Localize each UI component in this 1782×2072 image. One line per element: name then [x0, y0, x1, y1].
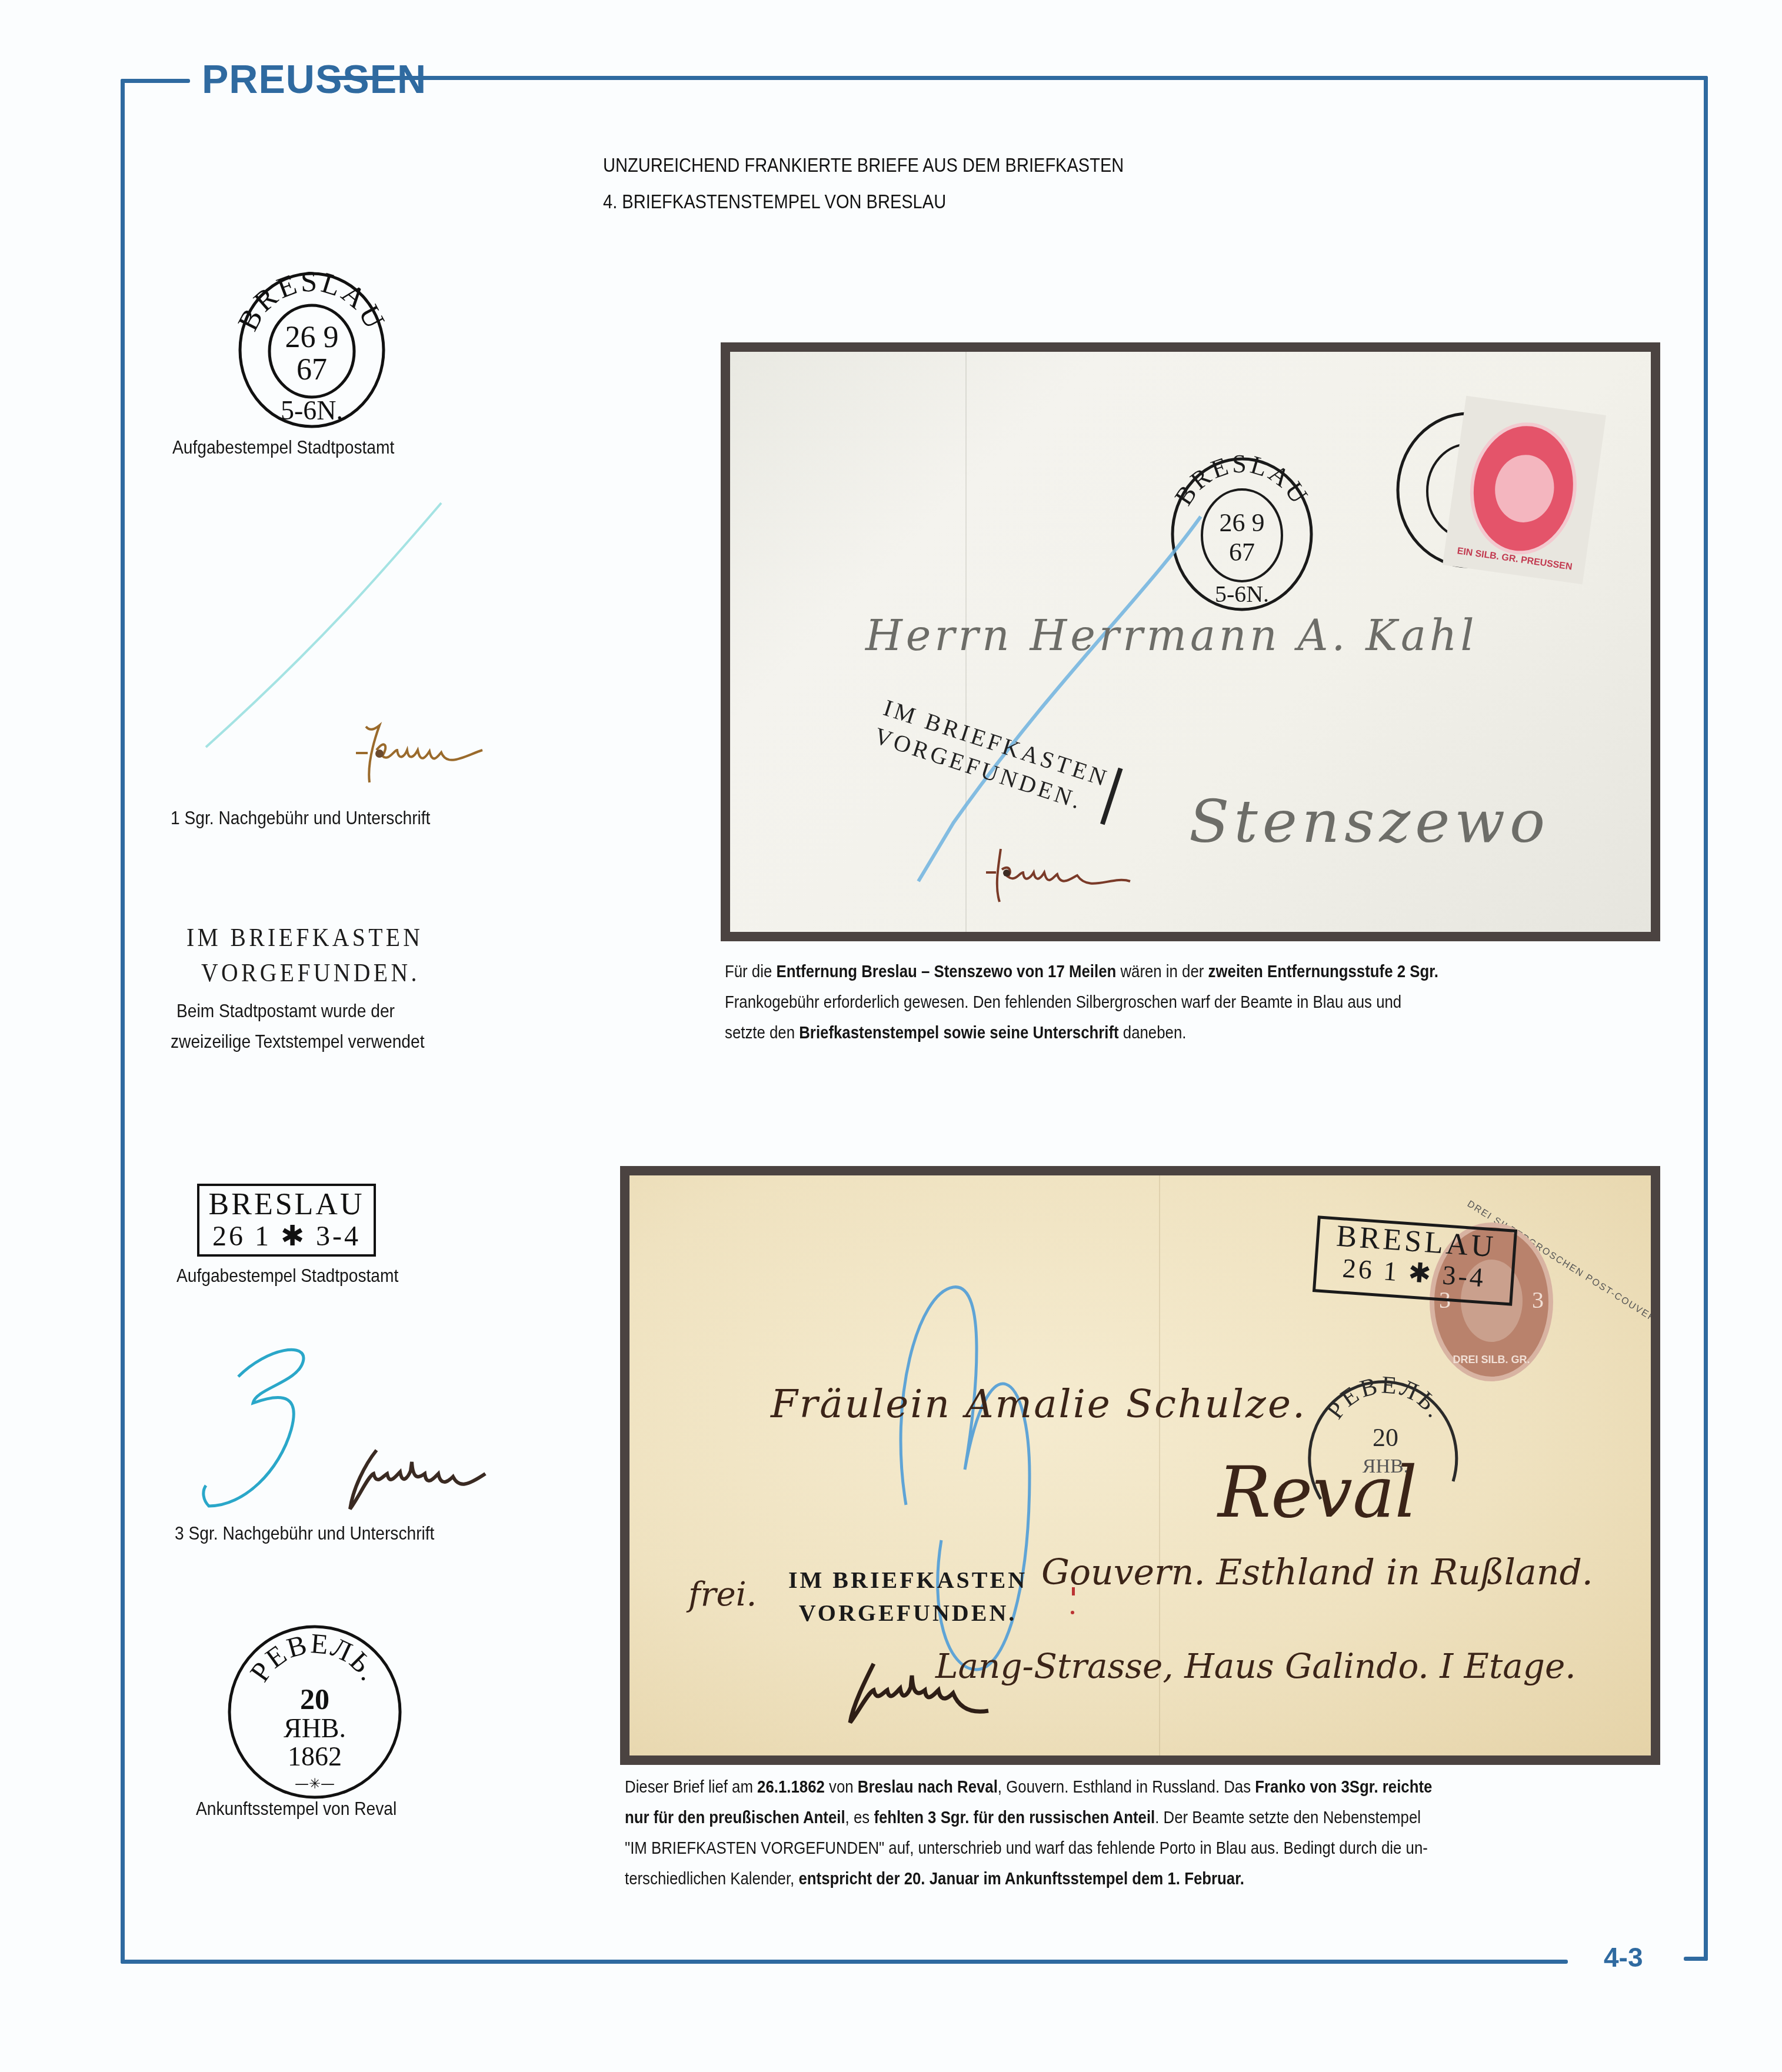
- nachgebuehr-3-label: 3 Sgr. Nachgebühr und Unterschrift: [175, 1523, 434, 1544]
- cover-2-blue-numeral-icon: [853, 1281, 1041, 1693]
- cover-2-breslau-box-stamp: BRESLAU 26 1 ✱ 3-4: [1313, 1215, 1517, 1305]
- briefkasten-desc-line1: Beim Stadtpostamt wurde der: [176, 1000, 395, 1022]
- frame-top-left: [121, 79, 190, 83]
- cover-2-address-line4: Lang-Strasse, Haus Galindo. I Etage.: [935, 1646, 1576, 1686]
- breslau-box-stamp-date: 26 1 ✱ 3-4: [199, 1221, 374, 1252]
- svg-text:1862: 1862: [288, 1741, 342, 1771]
- briefkasten-stamp-line2: VORGEFUNDEN.: [201, 958, 420, 988]
- cover-2-caption: Dieser Brief lief am 26.1.1862 von Bresl…: [625, 1772, 1432, 1894]
- frame-right: [1704, 76, 1708, 1961]
- cover-2-briefkasten-stamp: IM BRIEFKASTEN VORGEFUNDEN.: [788, 1564, 1027, 1630]
- breslau-circle-stamp-icon: BRESLAU 26 9 67 5-6N.: [221, 262, 403, 438]
- briefkasten-desc-line2: zweizeilige Textstempel verwendet: [171, 1031, 424, 1052]
- frame-bottom-left: [121, 1960, 1568, 1964]
- reval-arrival-stamp-icon: РЕВЕЛЬ. 20 ЯНВ. 1862 —✳—: [224, 1621, 406, 1803]
- cover-1-caption: Für die Entfernung Breslau – Stenszewo v…: [725, 957, 1438, 1048]
- cover-1-letter: BRESLAU 26 9 67 5-6N. 5-6N. EIN SILB. GR…: [730, 352, 1651, 932]
- page-number: 4-3: [1604, 1941, 1643, 1973]
- cover-1-address-line2: Stenszewo: [1189, 787, 1550, 856]
- page-title: PREUSSEN: [202, 56, 427, 102]
- breslau-box-stamp-town: BRESLAU: [199, 1188, 374, 1221]
- frame-left: [121, 79, 125, 1964]
- section-heading: UNZUREICHEND FRANKIERTE BRIEFE AUS DEM B…: [603, 154, 1124, 176]
- caption-line: Dieser Brief lief am 26.1.1862 von Bresl…: [625, 1772, 1432, 1803]
- cover-2-signature-icon: [841, 1658, 994, 1728]
- svg-text:РЕВЕЛЬ.: РЕВЕЛЬ.: [244, 1628, 386, 1687]
- briefkasten-stamp-line1: IM BRIEFKASTEN: [186, 922, 423, 952]
- section-subheading: 4. BRIEFKASTENSTEMPEL VON BRESLAU: [603, 191, 946, 213]
- cover-2-address-line2: Reval: [1218, 1452, 1417, 1534]
- cover-1-mount: BRESLAU 26 9 67 5-6N. 5-6N. EIN SILB. GR…: [721, 342, 1660, 941]
- svg-text:26 9: 26 9: [285, 321, 339, 354]
- svg-text:5-6N.: 5-6N.: [281, 395, 343, 425]
- svg-text:ЯНВ.: ЯНВ.: [284, 1713, 346, 1743]
- signature-kunne-icon: [353, 715, 488, 791]
- cover-2-frei-note: frei.: [688, 1575, 757, 1614]
- svg-text:20: 20: [300, 1683, 329, 1715]
- cover-1-address-line1: Herrn Herrmann A. Kahl: [865, 611, 1477, 660]
- breslau-box-stamp-label: Aufgabestempel Stadtpostamt: [176, 1265, 398, 1287]
- frame-top-right: [327, 76, 1708, 80]
- frame-bottom-right: [1684, 1957, 1708, 1961]
- cover-2-stamp-value-right: 3: [1532, 1286, 1544, 1314]
- svg-text:—✳—: —✳—: [295, 1775, 335, 1792]
- reval-stamp-label: Ankunftsstempel von Reval: [196, 1798, 397, 1820]
- breslau-circle-stamp-label: Aufgabestempel Stadtpostamt: [172, 437, 394, 458]
- cover-2-envelope: DREI SILBERGROSCHEN POST-COUVERT 3 3 DRE…: [629, 1175, 1651, 1755]
- cover-2-mount: DREI SILBERGROSCHEN POST-COUVERT 3 3 DRE…: [620, 1166, 1660, 1765]
- cover-1-signature-icon: [983, 840, 1136, 911]
- nachgebuehr-1-label: 1 Sgr. Nachgebühr und Unterschrift: [171, 807, 430, 829]
- caption-line: Für die Entfernung Breslau – Stenszewo v…: [725, 957, 1438, 987]
- caption-line: terschiedlichen Kalender, entspricht der…: [625, 1864, 1432, 1894]
- cover-2-address-line3: Gouvern. Esthland in Rußland.: [1041, 1552, 1593, 1593]
- breslau-box-stamp: BRESLAU 26 1 ✱ 3-4: [197, 1184, 376, 1257]
- svg-text:20: 20: [1373, 1423, 1398, 1452]
- blue-crayon-stroke-icon: [194, 494, 453, 753]
- svg-text:67: 67: [297, 353, 327, 387]
- caption-line: "IM BRIEFKASTEN VORGEFUNDEN" auf, unters…: [625, 1833, 1432, 1864]
- caption-line: Frankogebühr erforderlich gewesen. Den f…: [725, 987, 1438, 1018]
- blue-numeral-3-icon: [197, 1330, 327, 1524]
- cover-2-address-line1: Fräulein Amalie Schulze.: [771, 1381, 1307, 1427]
- caption-line: nur für den preußischen Anteil, es fehlt…: [625, 1803, 1432, 1833]
- signature-ombeur-icon: [341, 1441, 488, 1518]
- svg-text:РЕВЕЛЬ.: РЕВЕЛЬ.: [1321, 1371, 1450, 1424]
- caption-line: setzte den Briefkastenstempel sowie sein…: [725, 1018, 1438, 1048]
